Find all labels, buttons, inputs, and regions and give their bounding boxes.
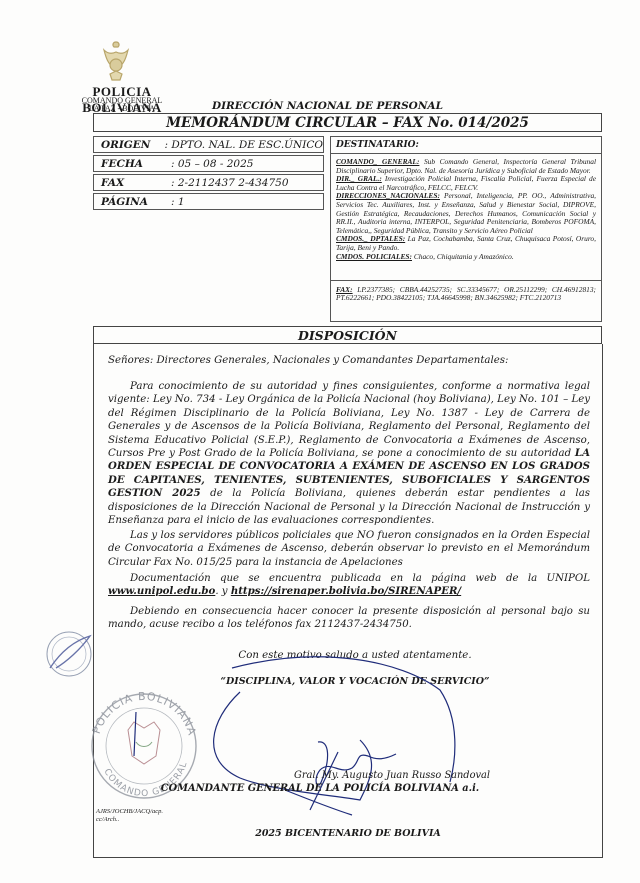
initials-line: AJRS/JOCHB/JACQ/acp. — [96, 808, 163, 816]
signer-name: Gral. My. Augusto Juan Russo Sandoval — [180, 770, 490, 781]
destinatario-list: COMANDO_ GENERAL: Sub Comando General, I… — [331, 154, 601, 281]
sirenaper-link[interactable]: https://sirenaper.bolivia.bo/SIRENAPER/ — [231, 585, 461, 597]
destinatario-fax-numbers: FAX: LP.2377385; CBBA.44252735; SC.33345… — [331, 281, 601, 303]
info-value: : DPTO. NAL. DE ESC.ÚNICO — [164, 139, 323, 151]
info-value: : 1 — [171, 196, 323, 208]
disposicion-title: DISPOSICIÓN — [93, 326, 602, 344]
info-label: ORIGEN — [94, 139, 164, 151]
paragraph-convocatoria: Para conocimiento de su autoridad y fine… — [108, 380, 590, 527]
info-label: FECHA — [94, 158, 171, 170]
info-label: FAX — [94, 177, 171, 189]
p1-text-a: Para conocimiento de su autoridad y fine… — [108, 381, 590, 459]
police-eagle-emblem-icon — [100, 38, 132, 84]
bicentenario-footer: 2025 BICENTENARIO DE BOLIVIA — [93, 828, 603, 839]
fax-numbers: LP.2377385; CBBA.44252735; SC.33345677; … — [336, 285, 596, 302]
unipol-link[interactable]: www.unipol.edu.bo — [108, 585, 215, 597]
paragraph-apelaciones: Las y los servidores públicos policiales… — [108, 529, 590, 569]
info-row-fecha: FECHA : 05 – 08 - 2025 — [93, 155, 324, 172]
info-value: : 2-2112437 2-434750 — [171, 177, 323, 189]
paragraph-documentacion: Documentación que se encuentra publicada… — [108, 572, 590, 599]
archive-line: cc/Arch.. — [96, 816, 163, 824]
org-location: LA PAZ - BOLIVIA — [52, 105, 192, 113]
signer-title: COMANDANTE GENERAL DE LA POLICÍA BOLIVIA… — [140, 783, 500, 794]
salutation: Señores: Directores Generales, Nacionale… — [108, 354, 590, 367]
info-value: : 05 – 08 - 2025 — [171, 158, 323, 170]
info-row-pagina: PÁGINA : 1 — [93, 193, 324, 210]
info-label: PÁGINA — [94, 196, 171, 208]
closing-line: Con este motivo saludo a usted atentamen… — [225, 650, 485, 661]
paragraph-acuse: Debiendo en consecuencia hacer conocer l… — [108, 605, 590, 632]
info-row-fax: FAX : 2-2112437 2-434750 — [93, 174, 324, 191]
department-heading: DIRECCIÓN NACIONAL DE PERSONAL — [212, 100, 443, 112]
info-row-origen: ORIGEN : DPTO. NAL. DE ESC.ÚNICO — [93, 136, 324, 153]
p3-text-b: . y — [215, 586, 230, 597]
org-subtitle: COMANDO GENERAL LA PAZ - BOLIVIA — [52, 97, 192, 113]
side-stamp-icon — [47, 632, 91, 676]
memo-info-table: ORIGEN : DPTO. NAL. DE ESC.ÚNICO FECHA :… — [93, 136, 324, 212]
dest-text: Chaco, Chiquitania y Amazónico. — [412, 252, 514, 261]
destinatario-box: DESTINATARIO: COMANDO_ GENERAL: Sub Coma… — [330, 136, 602, 322]
motto: “DISCIPLINA, VALOR Y VOCACIÓN DE SERVICI… — [160, 676, 550, 687]
dest-label: CMDOS. POLICIALES: — [336, 252, 412, 261]
reference-initials: AJRS/JOCHB/JACQ/acp. cc/Arch.. — [96, 808, 163, 824]
destinatario-heading: DESTINATARIO: — [331, 137, 601, 154]
memo-title: MEMORÁNDUM CIRCULAR – FAX No. 014/2025 — [93, 113, 602, 132]
p3-text-a: Documentación que se encuentra publicada… — [130, 573, 590, 584]
